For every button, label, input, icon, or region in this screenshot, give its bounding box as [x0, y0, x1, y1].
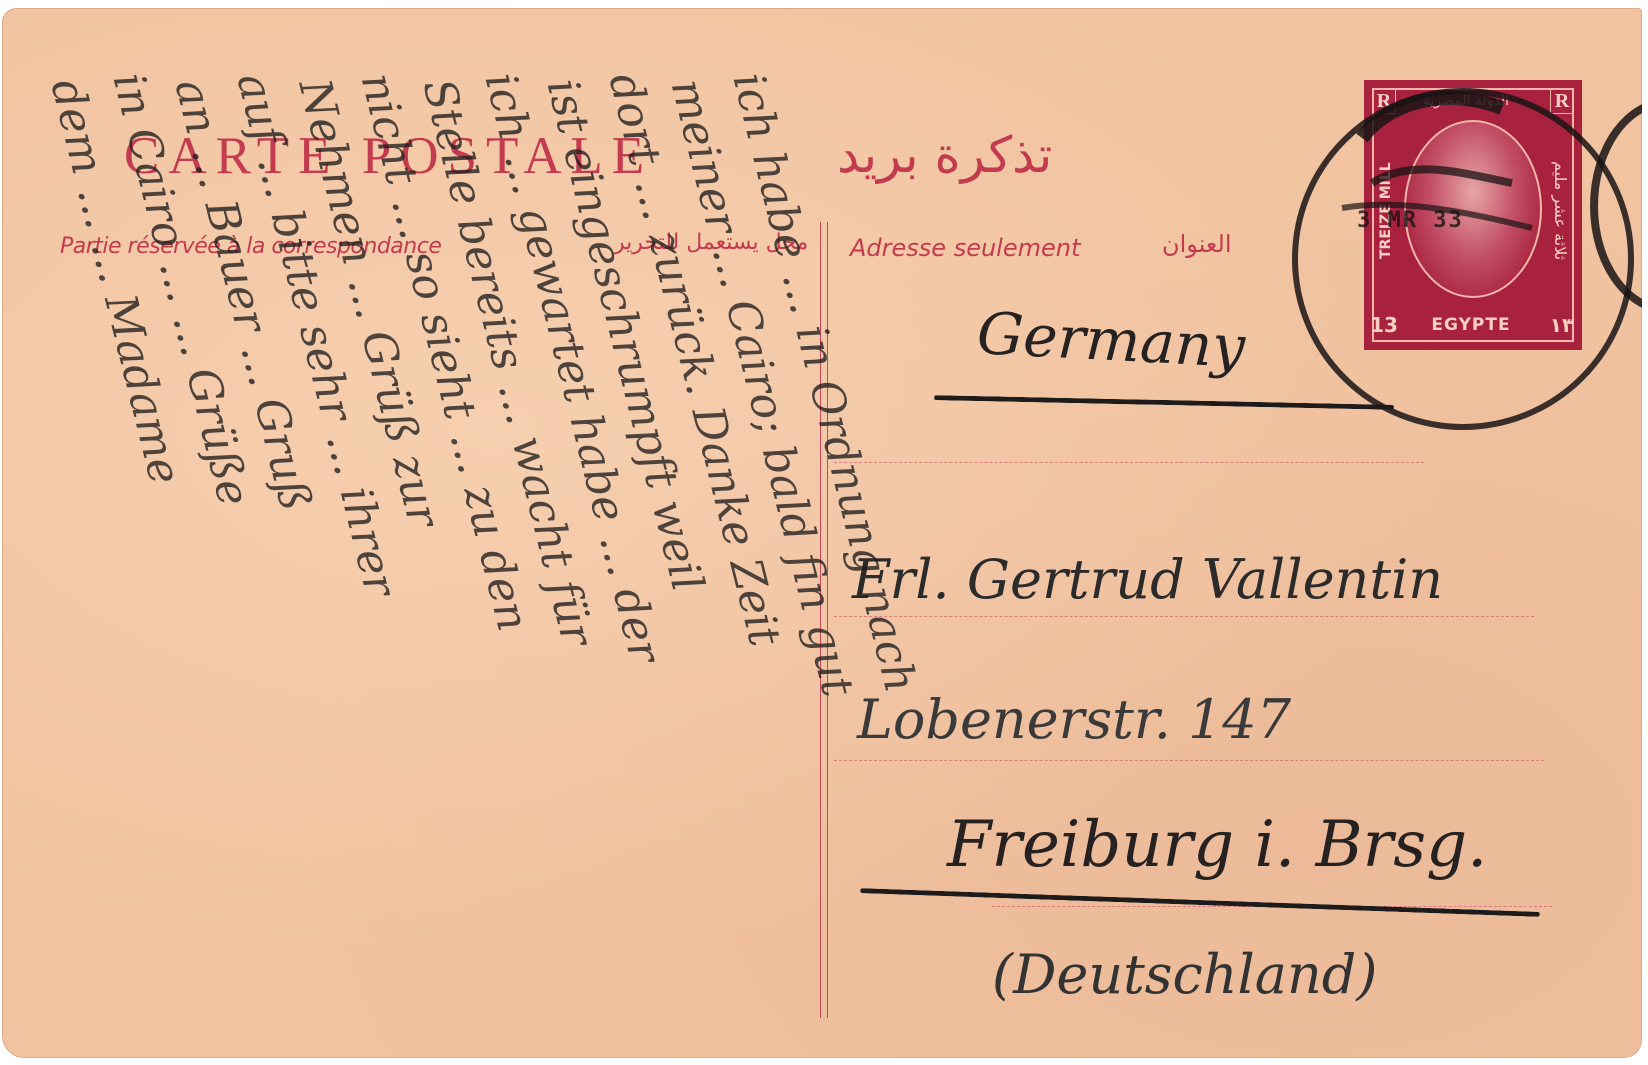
address-guide-line [834, 462, 1424, 463]
address-recipient: Frl. Gertrud Vallentin [852, 548, 1443, 611]
address-street: Lobenerstr. 147 [857, 688, 1291, 751]
city-underline [860, 888, 1540, 917]
address-country: Germany [975, 299, 1246, 381]
address-guide-line [834, 616, 1534, 617]
address-only-label: Adresse seulement [850, 234, 1080, 262]
title-arabic: تذكرة بريد [837, 126, 1052, 184]
country-underline [934, 395, 1394, 410]
address-city: Freiburg i. Brsg. [947, 808, 1487, 882]
postmark-cancel-strokes-icon [1302, 88, 1562, 238]
address-country-german: (Deutschland) [992, 943, 1377, 1006]
postcard: CARTE POSTALE تذكرة بريد Partie réservée… [2, 8, 1642, 1058]
handwritten-message: ich habe ... in Ordnung nachmeiner ... C… [32, 28, 812, 1048]
address-only-label-arabic: العنوان [1162, 230, 1232, 258]
address-guide-line [834, 760, 1544, 761]
